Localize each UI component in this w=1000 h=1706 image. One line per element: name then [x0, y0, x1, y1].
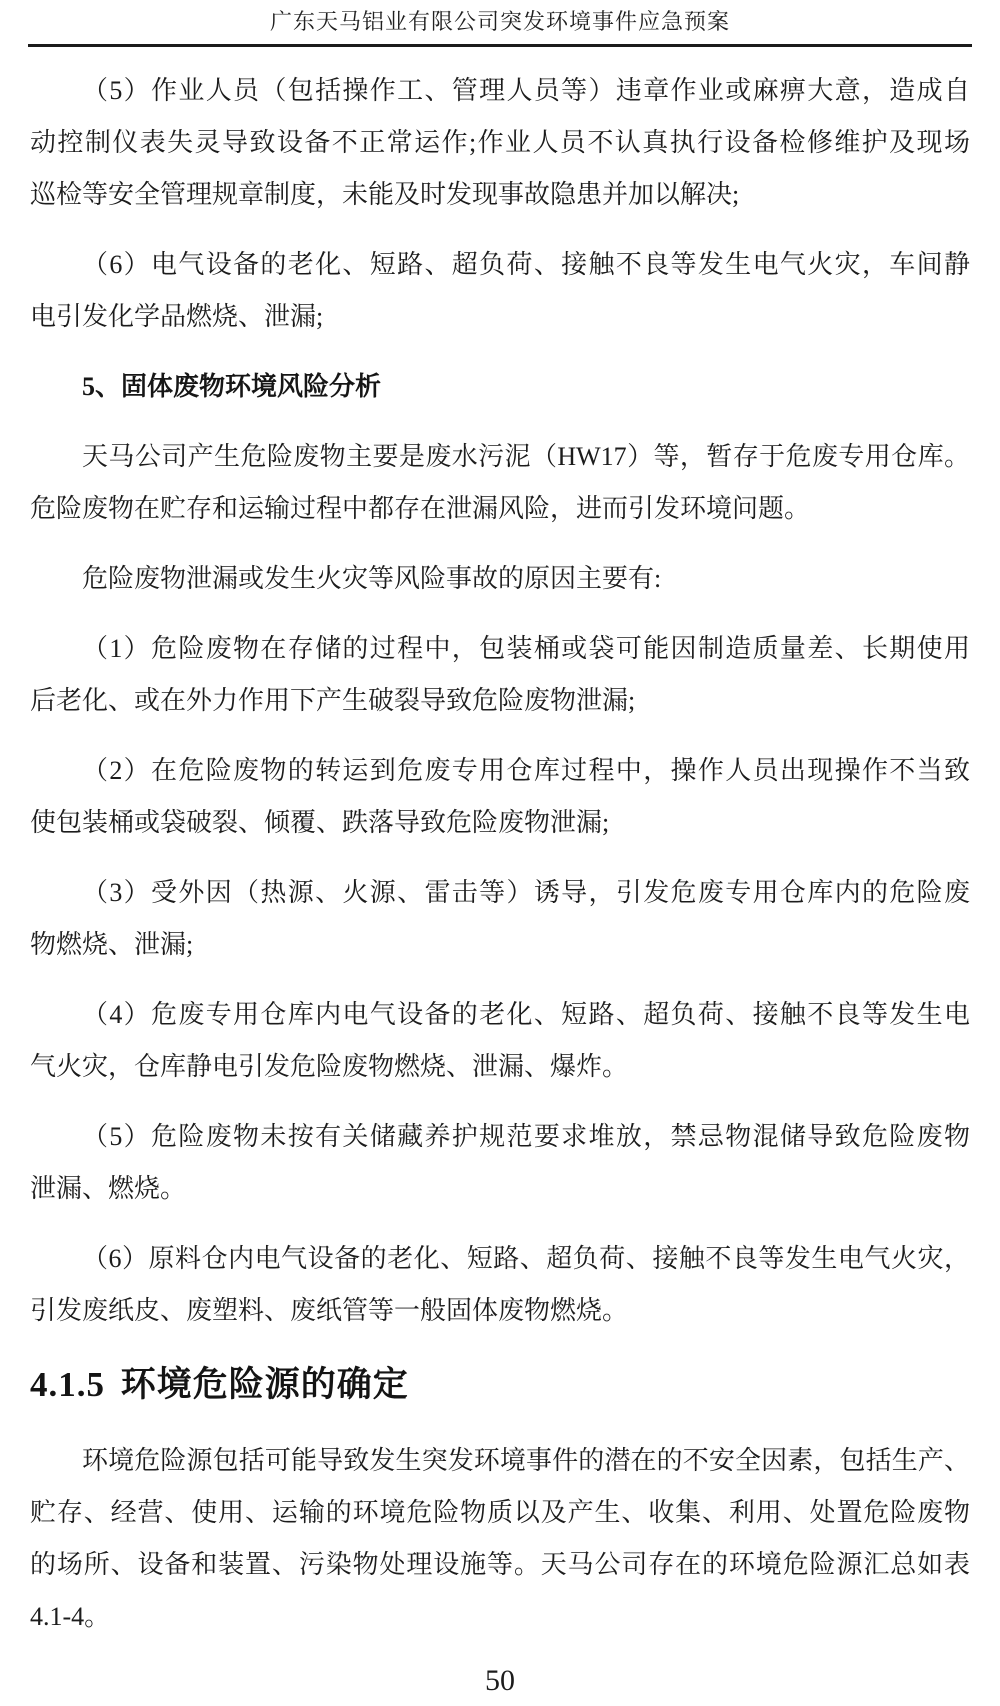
text-line: 4.1-4。 — [30, 1591, 970, 1643]
text-line: 气火灾，仓库静电引发危险废物燃烧、泄漏、爆炸。 — [30, 1041, 970, 1093]
paragraph: （4）危废专用仓库内电气设备的老化、短路、超负荷、接触不良等发生电气火灾，仓库静… — [30, 989, 970, 1093]
text-line: （6）电气设备的老化、短路、超负荷、接触不良等发生电气火灾，车间静 — [30, 239, 970, 291]
text-line: 的场所、设备和装置、污染物处理设施等。天马公司存在的环境危险源汇总如表 — [30, 1539, 970, 1591]
paragraph: （6）原料仓内电气设备的老化、短路、超负荷、接触不良等发生电气火灾，引发废纸皮、… — [30, 1233, 970, 1337]
paragraph: （5）作业人员（包括操作工、管理人员等）违章作业或麻痹大意，造成自动控制仪表失灵… — [30, 65, 970, 221]
text-line: 贮存、经营、使用、运输的环境危险物质以及产生、收集、利用、处置危险废物 — [30, 1487, 970, 1539]
page-footer: 50 — [0, 1664, 1000, 1698]
text-line: 物燃烧、泄漏; — [30, 919, 970, 971]
header-title: 广东天马铝业有限公司突发环境事件应急预案 — [0, 0, 1000, 35]
text-line: （4）危废专用仓库内电气设备的老化、短路、超负荷、接触不良等发生电 — [30, 989, 970, 1041]
text-line: 动控制仪表失灵导致设备不正常运作;作业人员不认真执行设备检修维护及现场 — [30, 117, 970, 169]
text-line: （5）作业人员（包括操作工、管理人员等）违章作业或麻痹大意，造成自 — [30, 65, 970, 117]
document-body: （5）作业人员（包括操作工、管理人员等）违章作业或麻痹大意，造成自动控制仪表失灵… — [30, 65, 970, 1643]
text-line: 泄漏、燃烧。 — [30, 1163, 970, 1215]
text-line: 后老化、或在外力作用下产生破裂导致危险废物泄漏; — [30, 675, 970, 727]
paragraph: （1）危险废物在存储的过程中，包装桶或袋可能因制造质量差、长期使用后老化、或在外… — [30, 623, 970, 727]
text-line: （1）危险废物在存储的过程中，包装桶或袋可能因制造质量差、长期使用 — [30, 623, 970, 675]
text-line: 引发废纸皮、废塑料、废纸管等一般固体废物燃烧。 — [30, 1285, 970, 1337]
text-line: （2）在危险废物的转运到危废专用仓库过程中，操作人员出现操作不当致 — [30, 745, 970, 797]
paragraph: （6）电气设备的老化、短路、超负荷、接触不良等发生电气火灾，车间静电引发化学品燃… — [30, 239, 970, 343]
text-line: （5）危险废物未按有关储藏养护规范要求堆放，禁忌物混储导致危险废物 — [30, 1111, 970, 1163]
text-line: （6）原料仓内电气设备的老化、短路、超负荷、接触不良等发生电气火灾， — [30, 1233, 970, 1285]
paragraph: 危险废物泄漏或发生火灾等风险事故的原因主要有: — [30, 553, 970, 605]
paragraph: （2）在危险废物的转运到危废专用仓库过程中，操作人员出现操作不当致使包装桶或袋破… — [30, 745, 970, 849]
section-heading: 4.1.5 环境危险源的确定 — [30, 1353, 970, 1417]
text-line: 巡检等安全管理规章制度，未能及时发现事故隐患并加以解决; — [30, 169, 970, 221]
text-line: 环境危险源包括可能导致发生突发环境事件的潜在的不安全因素，包括生产、 — [30, 1435, 970, 1487]
paragraph: （5）危险废物未按有关储藏养护规范要求堆放，禁忌物混储导致危险废物泄漏、燃烧。 — [30, 1111, 970, 1215]
document-page: 广东天马铝业有限公司突发环境事件应急预案 （5）作业人员（包括操作工、管理人员等… — [0, 0, 1000, 1706]
text-line: 使包装桶或袋破裂、倾覆、跌落导致危险废物泄漏; — [30, 797, 970, 849]
paragraph: 天马公司产生危险废物主要是废水污泥（HW17）等，暂存于危废专用仓库。危险废物在… — [30, 431, 970, 535]
page-header: 广东天马铝业有限公司突发环境事件应急预案 — [0, 0, 1000, 47]
header-rule — [28, 44, 972, 47]
text-line: 危险废物在贮存和运输过程中都存在泄漏风险，进而引发环境问题。 — [30, 483, 970, 535]
text-line: 电引发化学品燃烧、泄漏; — [30, 291, 970, 343]
text-line: 天马公司产生危险废物主要是废水污泥（HW17）等，暂存于危废专用仓库。 — [30, 431, 970, 483]
paragraph: （3）受外因（热源、火源、雷击等）诱导，引发危废专用仓库内的危险废物燃烧、泄漏; — [30, 867, 970, 971]
text-line: （3）受外因（热源、火源、雷击等）诱导，引发危废专用仓库内的危险废 — [30, 867, 970, 919]
text-line: 危险废物泄漏或发生火灾等风险事故的原因主要有: — [30, 553, 970, 605]
subsection-heading: 5、固体废物环境风险分析 — [30, 361, 970, 413]
paragraph: 环境危险源包括可能导致发生突发环境事件的潜在的不安全因素，包括生产、贮存、经营、… — [30, 1435, 970, 1643]
page-number: 50 — [485, 1664, 515, 1697]
